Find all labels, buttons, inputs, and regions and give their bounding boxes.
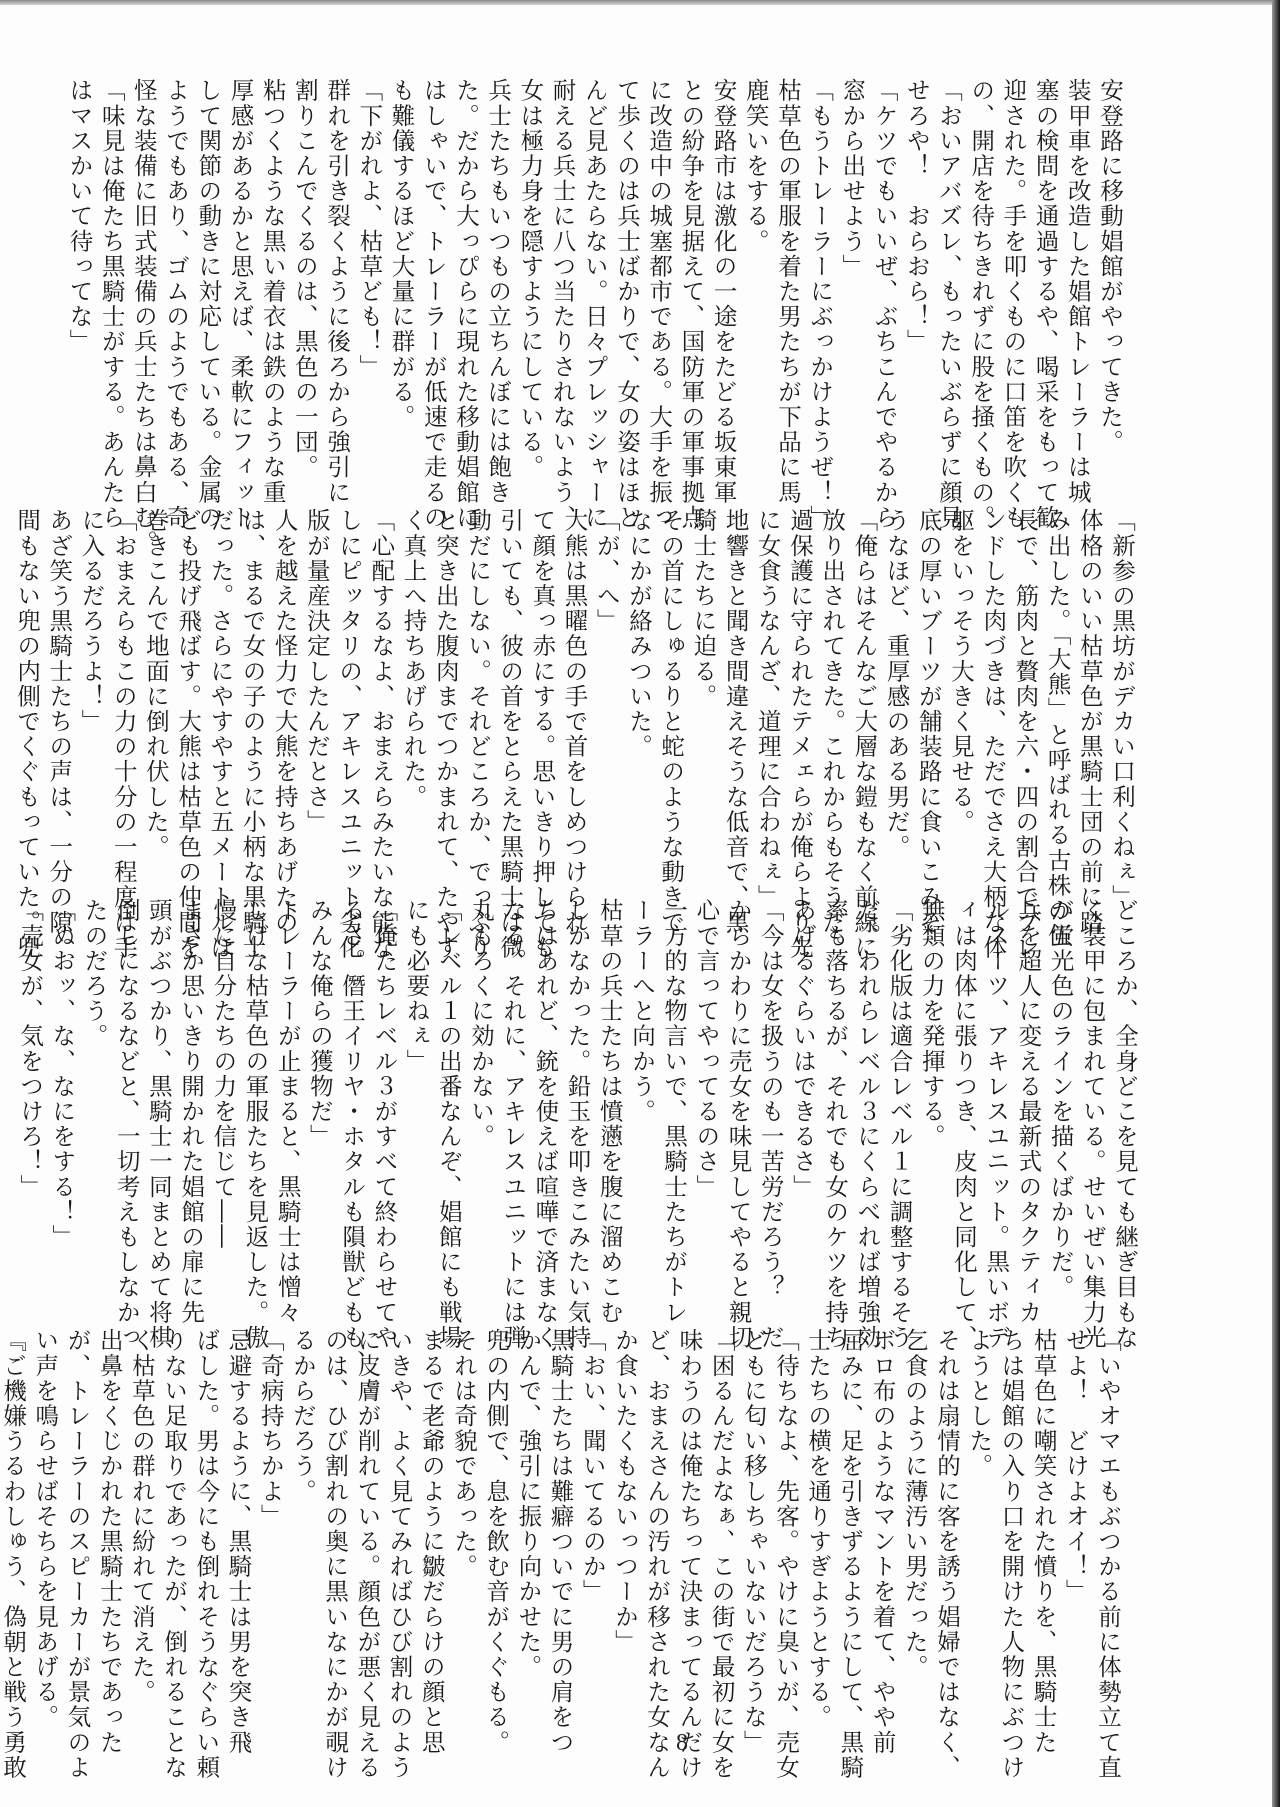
text-block-4: 「いやオマエもぶつかる前に体勢立て直せよ！ どけよオイ！」枯草色に嘲笑された憤り… bbox=[148, 1328, 1124, 1728]
text-line: 体格のいい枯草色が黒騎士団の前に踏 bbox=[1074, 508, 1106, 908]
text-line: どもに匂い移しちゃいないだろうな」 bbox=[738, 1328, 770, 1728]
text-line: はしゃいで、トレーラーが低速で走るの bbox=[418, 78, 450, 478]
text-line: 枯草の兵士たちは憤懣を腹に溜めこむ bbox=[594, 898, 626, 1298]
text-line: 心で言ってやってるのさ」 bbox=[690, 898, 722, 1298]
text-line: に入るだろうよ！」 bbox=[75, 508, 107, 908]
text-line: 安登路市は激化の一途をたどる坂東軍 bbox=[707, 78, 739, 478]
text-line: 「おまえらもこの力の十分の一程度は手 bbox=[108, 508, 140, 908]
page-number: 8 bbox=[670, 1730, 694, 1757]
text-line: み出した。「大熊」と呼ばれる古株の伍 bbox=[1041, 508, 1073, 908]
text-line: い声を鳴らせばそちらを見あげる。 bbox=[29, 1328, 61, 1728]
text-line: 出鼻をくじかれた黒騎士たちであった bbox=[94, 1328, 126, 1728]
text-line: ルスーツ、アキレスユニット。黒いボデ bbox=[980, 898, 1012, 1298]
text-line: 大熊は黒曜色の手で首をしめつけられ bbox=[558, 508, 590, 908]
scan-top-edge bbox=[0, 0, 1280, 5]
text-line: それは奇貌であった。 bbox=[448, 1328, 480, 1728]
text-line: して関節の動きに対応している。金属の bbox=[192, 78, 224, 478]
text-line: の、開店を待ちきれずに股を掻くもの。 bbox=[965, 78, 997, 478]
text-line: りない足取りであったが、倒れることな bbox=[158, 1328, 190, 1728]
scan-right-edge bbox=[1272, 0, 1280, 1807]
text-line: 「いやオマエもぶつかる前に体勢立て直 bbox=[1092, 1328, 1124, 1728]
text-line: に皮膚が削れている。顔色が悪く見える bbox=[351, 1328, 383, 1728]
text-line: せよ！ どけよオイ！」 bbox=[1060, 1328, 1092, 1728]
text-line: しにピッタリの、アキレスユニット劣化 bbox=[333, 508, 365, 908]
text-line: 塞の検問を通過するや、喝采をもって歓 bbox=[1029, 78, 1061, 478]
text-line: ィは肉体に張りつき、皮肉と同化して、 bbox=[948, 898, 980, 1298]
text-line: 一方的な物言いで、黒騎士たちがトレ bbox=[658, 898, 690, 1298]
text-line: 士たちの横を通りすぎようとする。 bbox=[802, 1328, 834, 1728]
text-line: 騎士たちに迫る。 bbox=[687, 508, 719, 908]
text-line: く真上へ持ちあげられた。 bbox=[397, 508, 429, 908]
text-line: 『ご機嫌うるわしゅう、偽朝と戦う勇敢 bbox=[0, 1328, 29, 1728]
text-line: 「レベル１の出番なんぞ、娼館にも戦場 bbox=[433, 898, 465, 1298]
text-line: なにかが絡みついた。 bbox=[623, 508, 655, 908]
text-line: ーラーへと向かう。 bbox=[626, 898, 658, 1298]
text-line: 底の厚いブーツが舗装路に食いこみそ bbox=[913, 508, 945, 908]
text-line: 「下がれよ、枯草ども！」 bbox=[353, 78, 385, 478]
text-line: 「心配するなよ、おまえらみたいな能な bbox=[365, 508, 397, 908]
text-line: それは扇情的に客を誘う娼婦ではなく、 bbox=[931, 1328, 963, 1728]
text-line: ちはあれど、銃を使えば喧嘩で済まなく bbox=[529, 898, 561, 1298]
text-line: 動だにしない。それどころか、でっぷり bbox=[462, 508, 494, 908]
text-line: トレーラーが止まると、黒騎士は憎々 bbox=[272, 898, 304, 1298]
text-line: て顔を真っ赤にする。思いきり押しても bbox=[526, 508, 558, 908]
text-line: 兵士たちもいつもの立ちんぼには飽き bbox=[482, 78, 514, 478]
text-line: 割りこんでくるのは、黒色の一団。 bbox=[289, 78, 321, 478]
text-line: は、まるで女の子のように小柄な黒騎士 bbox=[236, 508, 268, 908]
text-line: も難儀するほど大量に群がる。 bbox=[385, 78, 417, 478]
text-line: 窓から出せよう」 bbox=[836, 78, 868, 478]
text-line: せろや！ おらおら！」 bbox=[901, 78, 933, 478]
text-line: ども投げ飛ばす。大熊は枯草色の仲間を bbox=[172, 508, 204, 908]
text-block-2: 「新参の黒坊がデカい口利くねぇ」体格のいい枯草色が黒騎士団の前に踏み出した。「大… bbox=[148, 508, 1138, 908]
text-line: だ。われらレベル３にくらべれば増強効 bbox=[851, 898, 883, 1298]
text-line: に改造中の城塞都市である。大手を振っ bbox=[643, 78, 675, 478]
text-line: 長で、筋肉と贅肉を六・四の割合でブレ bbox=[1009, 508, 1041, 908]
text-block-1: 安登路に移動娼館がやってきた。装甲車を改造した娼館トレーラーは城塞の検問を通過す… bbox=[148, 78, 1126, 478]
text-line: 版が量産決定したんだとさ」 bbox=[301, 508, 333, 908]
text-line: たのだろう。 bbox=[78, 898, 110, 1298]
text-line: ど、おまえさんの汚れが移された女なん bbox=[641, 1328, 673, 1728]
text-line: その首にしゅるりと蛇のような動きで bbox=[655, 508, 687, 908]
text-line: 群れを引き裂くように後ろから強引に bbox=[321, 78, 353, 478]
text-line: 巻きこんで地面に倒れ伏した。 bbox=[140, 508, 172, 908]
text-line: のは、ひび割れの奥に黒いなにかが覗け bbox=[319, 1328, 351, 1728]
text-line: ようとした。 bbox=[963, 1328, 995, 1728]
text-line: 「劣化版は適合レベル１に調整するそう bbox=[883, 898, 915, 1298]
text-block-3: どころか、全身どこを見ても継ぎ目もなく装甲に包まれている。せいぜい集力光が蛍光色… bbox=[148, 898, 1141, 1298]
text-line: あざ笑う黒騎士たちの声は、一分の隙 bbox=[43, 508, 75, 908]
text-line: 粘つくような黒い着衣は鉄のような重 bbox=[257, 78, 289, 478]
text-line: か食いたくもないっつーか」 bbox=[609, 1328, 641, 1728]
text-line: 「ケツでもいいぜ、ぶちこんでやるから bbox=[868, 78, 900, 478]
text-line: 丸もろくに効かない。 bbox=[465, 898, 497, 1298]
text-line: ンドした肉づきは、ただでさえ大柄な体 bbox=[977, 508, 1009, 908]
text-line: 黒騎士たちは難癖ついでに男の肩をつ bbox=[544, 1328, 576, 1728]
text-line: からかわりに売女を味見してやると親切 bbox=[722, 898, 754, 1298]
text-line: 「新参の黒坊がデカい口利くねぇ」 bbox=[1106, 508, 1138, 908]
text-line: て歩くのは兵士ばかりで、女の姿はほと bbox=[611, 78, 643, 478]
text-line: 屈みに、足を引きずるようにして、黒騎 bbox=[834, 1328, 866, 1728]
text-line: 引いても、彼の首をとらえた黒騎士は微 bbox=[494, 508, 526, 908]
text-line: うなほど、重厚感のある男だ。 bbox=[880, 508, 912, 908]
text-line: しかなかった。鉛玉を叩きこみたい気持 bbox=[561, 898, 593, 1298]
text-line: く枯草色の群れに紛れて消えた。 bbox=[126, 1328, 158, 1728]
text-line: 安登路に移動娼館がやってきた。 bbox=[1094, 78, 1126, 478]
text-line: 鹿笑いをする。 bbox=[740, 78, 772, 478]
text-line: 躯をいっそう大きく見せる。 bbox=[945, 508, 977, 908]
text-line: に女食うなんざ、道理に合わねぇ」 bbox=[752, 508, 784, 908]
text-line: 「もうトレーラーにぶっかけようぜ！」 bbox=[804, 78, 836, 478]
text-line: 放り出されてきた。これからもそうだ。 bbox=[816, 508, 848, 908]
text-line: 人を越えた怪力で大熊を持ちあげたの bbox=[269, 508, 301, 908]
text-line: 「が、へ」 bbox=[591, 508, 623, 908]
text-line: 耐える兵士に八つ当たりされないよう、 bbox=[546, 78, 578, 478]
text-line: 厚感があるかと思えば、柔軟にフィット bbox=[224, 78, 256, 478]
text-line: た。だから大っぴらに現れた移動娼館に bbox=[450, 78, 482, 478]
text-line: 無類の力を発揮する。 bbox=[916, 898, 948, 1298]
text-line: 「おいアバズレ、もったいぶらずに顔見 bbox=[933, 78, 965, 478]
text-line: どころか、全身どこを見ても継ぎ目もな bbox=[1109, 898, 1141, 1298]
text-line: 「俺らはそんなご大層な鎧もなく前線に bbox=[848, 508, 880, 908]
text-line: 頭がぶつかり、黒騎士一同まとめて将棋 bbox=[143, 898, 175, 1298]
text-line: 過保護に守られたテメェらが俺らより先 bbox=[784, 508, 816, 908]
text-line: 怪な装備に旧式装備の兵士たちは鼻白む。 bbox=[128, 78, 160, 478]
text-line: あげるぐらいはできるさ」 bbox=[787, 898, 819, 1298]
text-line: 迎された。手を叩くものに口笛を吹くも bbox=[997, 78, 1029, 478]
text-line: 「売女が、気をつけろ！」 bbox=[14, 898, 46, 1298]
text-line: ようでもあり、ゴムのようでもある、奇 bbox=[160, 78, 192, 478]
text-line: が蛍光色のラインを描くばかりだ。 bbox=[1044, 898, 1076, 1298]
text-line: 女は極力身を隠すようにしている。 bbox=[514, 78, 546, 478]
text-line: 乞食のように薄汚い男だった。 bbox=[899, 1328, 931, 1728]
text-line: いきや、よく見てみればひび割れのよう bbox=[383, 1328, 415, 1728]
text-line: ばした。男は今にも倒れそうなぐらい頼 bbox=[190, 1328, 222, 1728]
text-line: だった。さらにやすやすと五メートルほ bbox=[204, 508, 236, 908]
text-line: と突き出た腹肉までつかまれて、たやす bbox=[430, 508, 462, 908]
text-line: みんな俺らの獲物だ」 bbox=[304, 898, 336, 1298]
text-line: にも必要ねぇ」 bbox=[400, 898, 432, 1298]
text-line: 兵を超人に変える最新式のタクティカ bbox=[1012, 898, 1044, 1298]
text-line: 忌避するように、黒騎士は男を突き飛 bbox=[222, 1328, 254, 1728]
text-line: 「待ちなよ、先客。やけに臭いが、売女 bbox=[770, 1328, 802, 1728]
text-line: 「困るんだよなぁ、この街で最初に女を bbox=[705, 1328, 737, 1728]
text-line: 率も落ちるが、それでも女のケツを持ち bbox=[819, 898, 851, 1298]
text-line: なる。それに、アキレスユニットには弾 bbox=[497, 898, 529, 1298]
text-line: んど見あたらない。日々プレッシャーに bbox=[579, 78, 611, 478]
text-line: 地響きと聞き間違えそうな低音で、黒 bbox=[719, 508, 751, 908]
text-line: 「おい、聞いてるのか」 bbox=[577, 1328, 609, 1728]
text-line: 「俺たちレベル３がすべて終わらせてや bbox=[368, 898, 400, 1298]
text-line: 「ぬおッ、な、なにをする！」 bbox=[46, 898, 78, 1298]
text-line: ボロ布のようなマントを着て、やや前 bbox=[866, 1328, 898, 1728]
text-line: るさ。僭王イリヤ・ホタルも隕獣どもも、 bbox=[336, 898, 368, 1298]
text-line: 枯草色に嘲笑された憤りを、黒騎士た bbox=[1027, 1328, 1059, 1728]
text-line: ちは娼館の入り口を開けた人物にぶつけ bbox=[995, 1328, 1027, 1728]
text-line: 「今は女を扱うのも一苦労だろう？ だ bbox=[755, 898, 787, 1298]
text-line: が、トレーラーのスピーカーが景気のよ bbox=[61, 1328, 93, 1728]
text-line: 味わうのは俺たちって決まってるんだけ bbox=[673, 1328, 705, 1728]
text-line: との紛争を見据えて、国防軍の軍事拠点 bbox=[675, 78, 707, 478]
text-line: 倒しになるなどと、一切考えもしなかっ bbox=[111, 898, 143, 1298]
text-line: しげな枯草色の軍服たちを見返した。傲 bbox=[239, 898, 271, 1298]
text-line: 装甲車を改造した娼館トレーラーは城 bbox=[1062, 78, 1094, 478]
text-line: るからだろう。 bbox=[287, 1328, 319, 1728]
text-line: 慢に自分たちの力を信じて―― bbox=[207, 898, 239, 1298]
text-line: かんで、強引に振り向かせた。 bbox=[512, 1328, 544, 1728]
text-line: 「奇病持ちかよ」 bbox=[255, 1328, 287, 1728]
text-line: 枯草色の軍服を着た男たちが下品に馬 bbox=[772, 78, 804, 478]
text-line: まさか思いきり開かれた娼館の扉に先 bbox=[175, 898, 207, 1298]
text-line: 「味見は俺たち黒騎士がする。あんたら bbox=[96, 78, 128, 478]
text-line: く装甲に包まれている。せいぜい集力光 bbox=[1077, 898, 1109, 1298]
text-line: まるで老爺のように皺だらけの顔と思 bbox=[416, 1328, 448, 1728]
text-line: 兜の内側で、息を飲む音がくぐもる。 bbox=[480, 1328, 512, 1728]
text-line: はマスかいて待ってな」 bbox=[63, 78, 95, 478]
text-line: 間もない兜の内側でくぐもっていた。兜 bbox=[11, 508, 43, 908]
